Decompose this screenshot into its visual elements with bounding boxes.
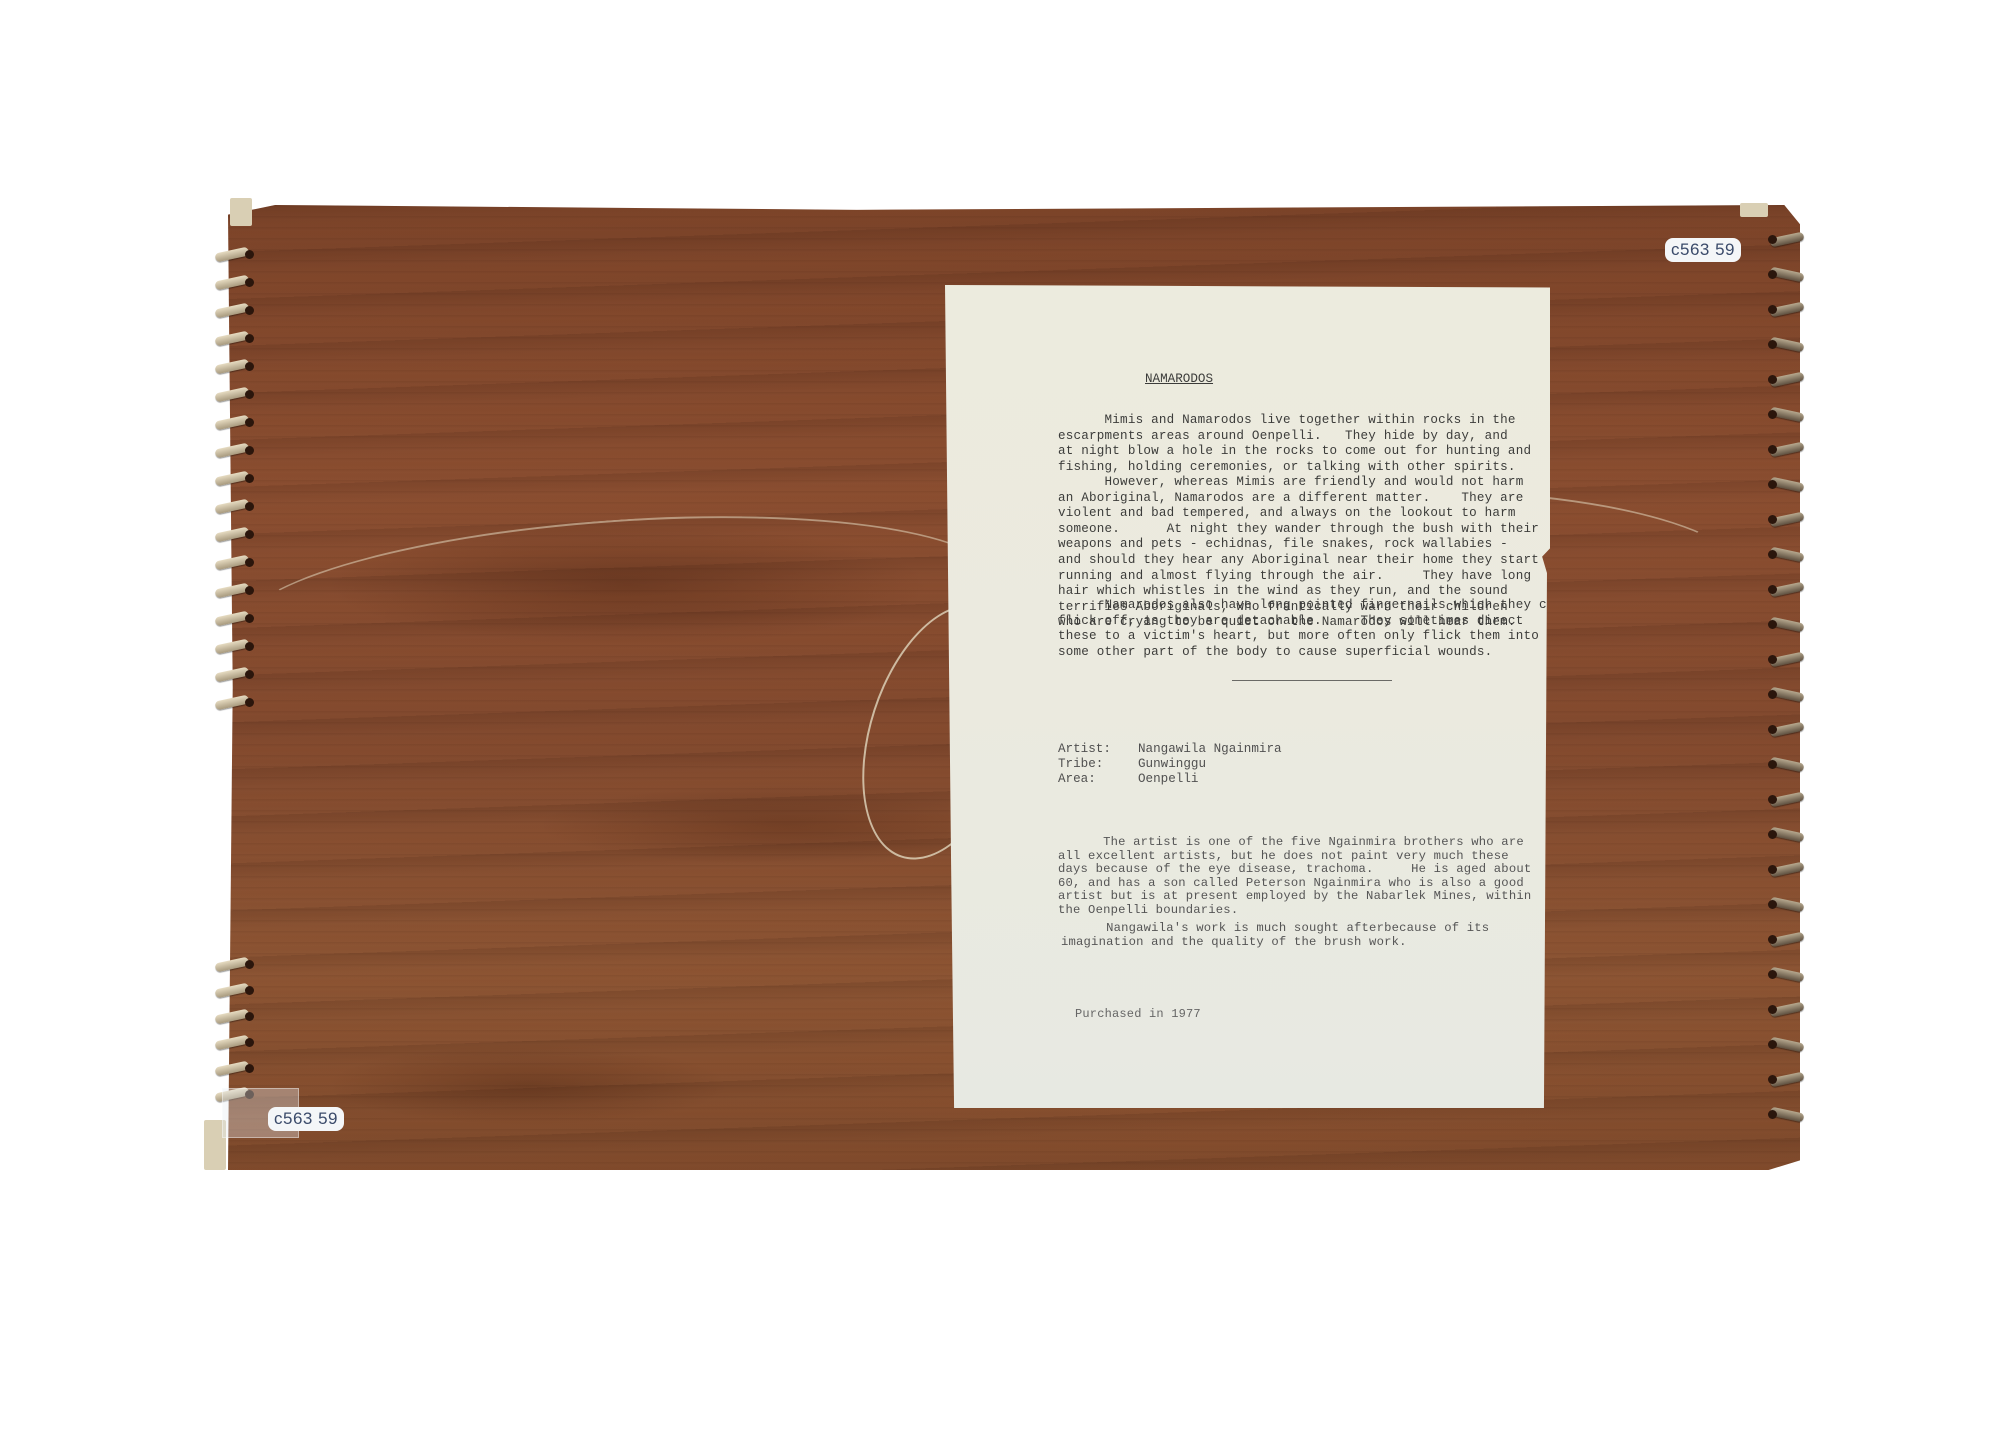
detail-artist: Artist:Nangawila Ngainmira [1058, 742, 1282, 756]
detail-area: Area:Oenpelli [1058, 772, 1198, 786]
stitch-hole [1768, 305, 1777, 314]
stitch-hole [1768, 550, 1777, 559]
catalogue-sticker-top: c563 59 [1665, 238, 1741, 262]
stitch-hole [245, 1064, 254, 1073]
stitch-hole [1768, 375, 1777, 384]
catalogue-sticker-bottom: c563 59 [268, 1107, 344, 1131]
stitch-hole [1768, 935, 1777, 944]
stitch-hole [245, 1038, 254, 1047]
stitch-hole [1768, 235, 1777, 244]
bark-edge-top-left [230, 198, 252, 226]
stitch-hole [1768, 585, 1777, 594]
stitch-hole [245, 250, 254, 259]
stitch-hole [1768, 655, 1777, 664]
stitch-hole [1768, 620, 1777, 629]
purchase-note: Purchased in 1977 [1075, 1007, 1201, 1023]
stitch-hole [1768, 270, 1777, 279]
stitch-hole [245, 446, 254, 455]
sheet-title: NAMARODOS [1145, 372, 1213, 386]
info-sheet: NAMARODOS Mimis and Namarodos live toget… [945, 285, 1550, 1108]
stitch-hole [1768, 340, 1777, 349]
bio-paragraph-1: The artist is one of the five Ngainmira … [1058, 836, 1531, 917]
stitch-hole [245, 502, 254, 511]
stitch-hole [245, 334, 254, 343]
paragraph-3: Namarodos also have long pointed fingern… [1058, 598, 1562, 660]
stitch-hole [245, 558, 254, 567]
stitch-hole [1768, 830, 1777, 839]
stitch-hole [245, 306, 254, 315]
bark-edge-top-right [1740, 203, 1768, 217]
stitch-hole [1768, 515, 1777, 524]
stitch-hole [245, 586, 254, 595]
stitch-hole [1768, 725, 1777, 734]
stitch-hole [1768, 690, 1777, 699]
stitch-hole [245, 278, 254, 287]
stitch-hole [1768, 1040, 1777, 1049]
stitch-hole [245, 418, 254, 427]
stitch-hole [1768, 760, 1777, 769]
stitch-hole [1768, 410, 1777, 419]
stitch-hole [245, 960, 254, 969]
stitch-hole [1768, 1005, 1777, 1014]
stitch-hole [1768, 900, 1777, 909]
paragraph-1: Mimis and Namarodos live together within… [1058, 413, 1531, 475]
stitch-hole [245, 670, 254, 679]
detail-tribe: Tribe:Gunwinggu [1058, 757, 1206, 771]
stitch-hole [1768, 795, 1777, 804]
stitch-hole [1768, 1110, 1777, 1119]
stitch-hole [1768, 445, 1777, 454]
divider-line [1232, 680, 1392, 681]
stitch-hole [1768, 865, 1777, 874]
stitch-hole [1768, 970, 1777, 979]
stitch-hole [245, 474, 254, 483]
bio-paragraph-2: Nangawila's work is much sought afterbec… [1061, 922, 1489, 949]
stitch-hole [245, 986, 254, 995]
stitch-hole [245, 1012, 254, 1021]
stitch-hole [245, 698, 254, 707]
stitch-hole [245, 530, 254, 539]
stitch-hole [1768, 480, 1777, 489]
stitch-hole [245, 390, 254, 399]
stitch-hole [1768, 1075, 1777, 1084]
stitch-hole [245, 362, 254, 371]
